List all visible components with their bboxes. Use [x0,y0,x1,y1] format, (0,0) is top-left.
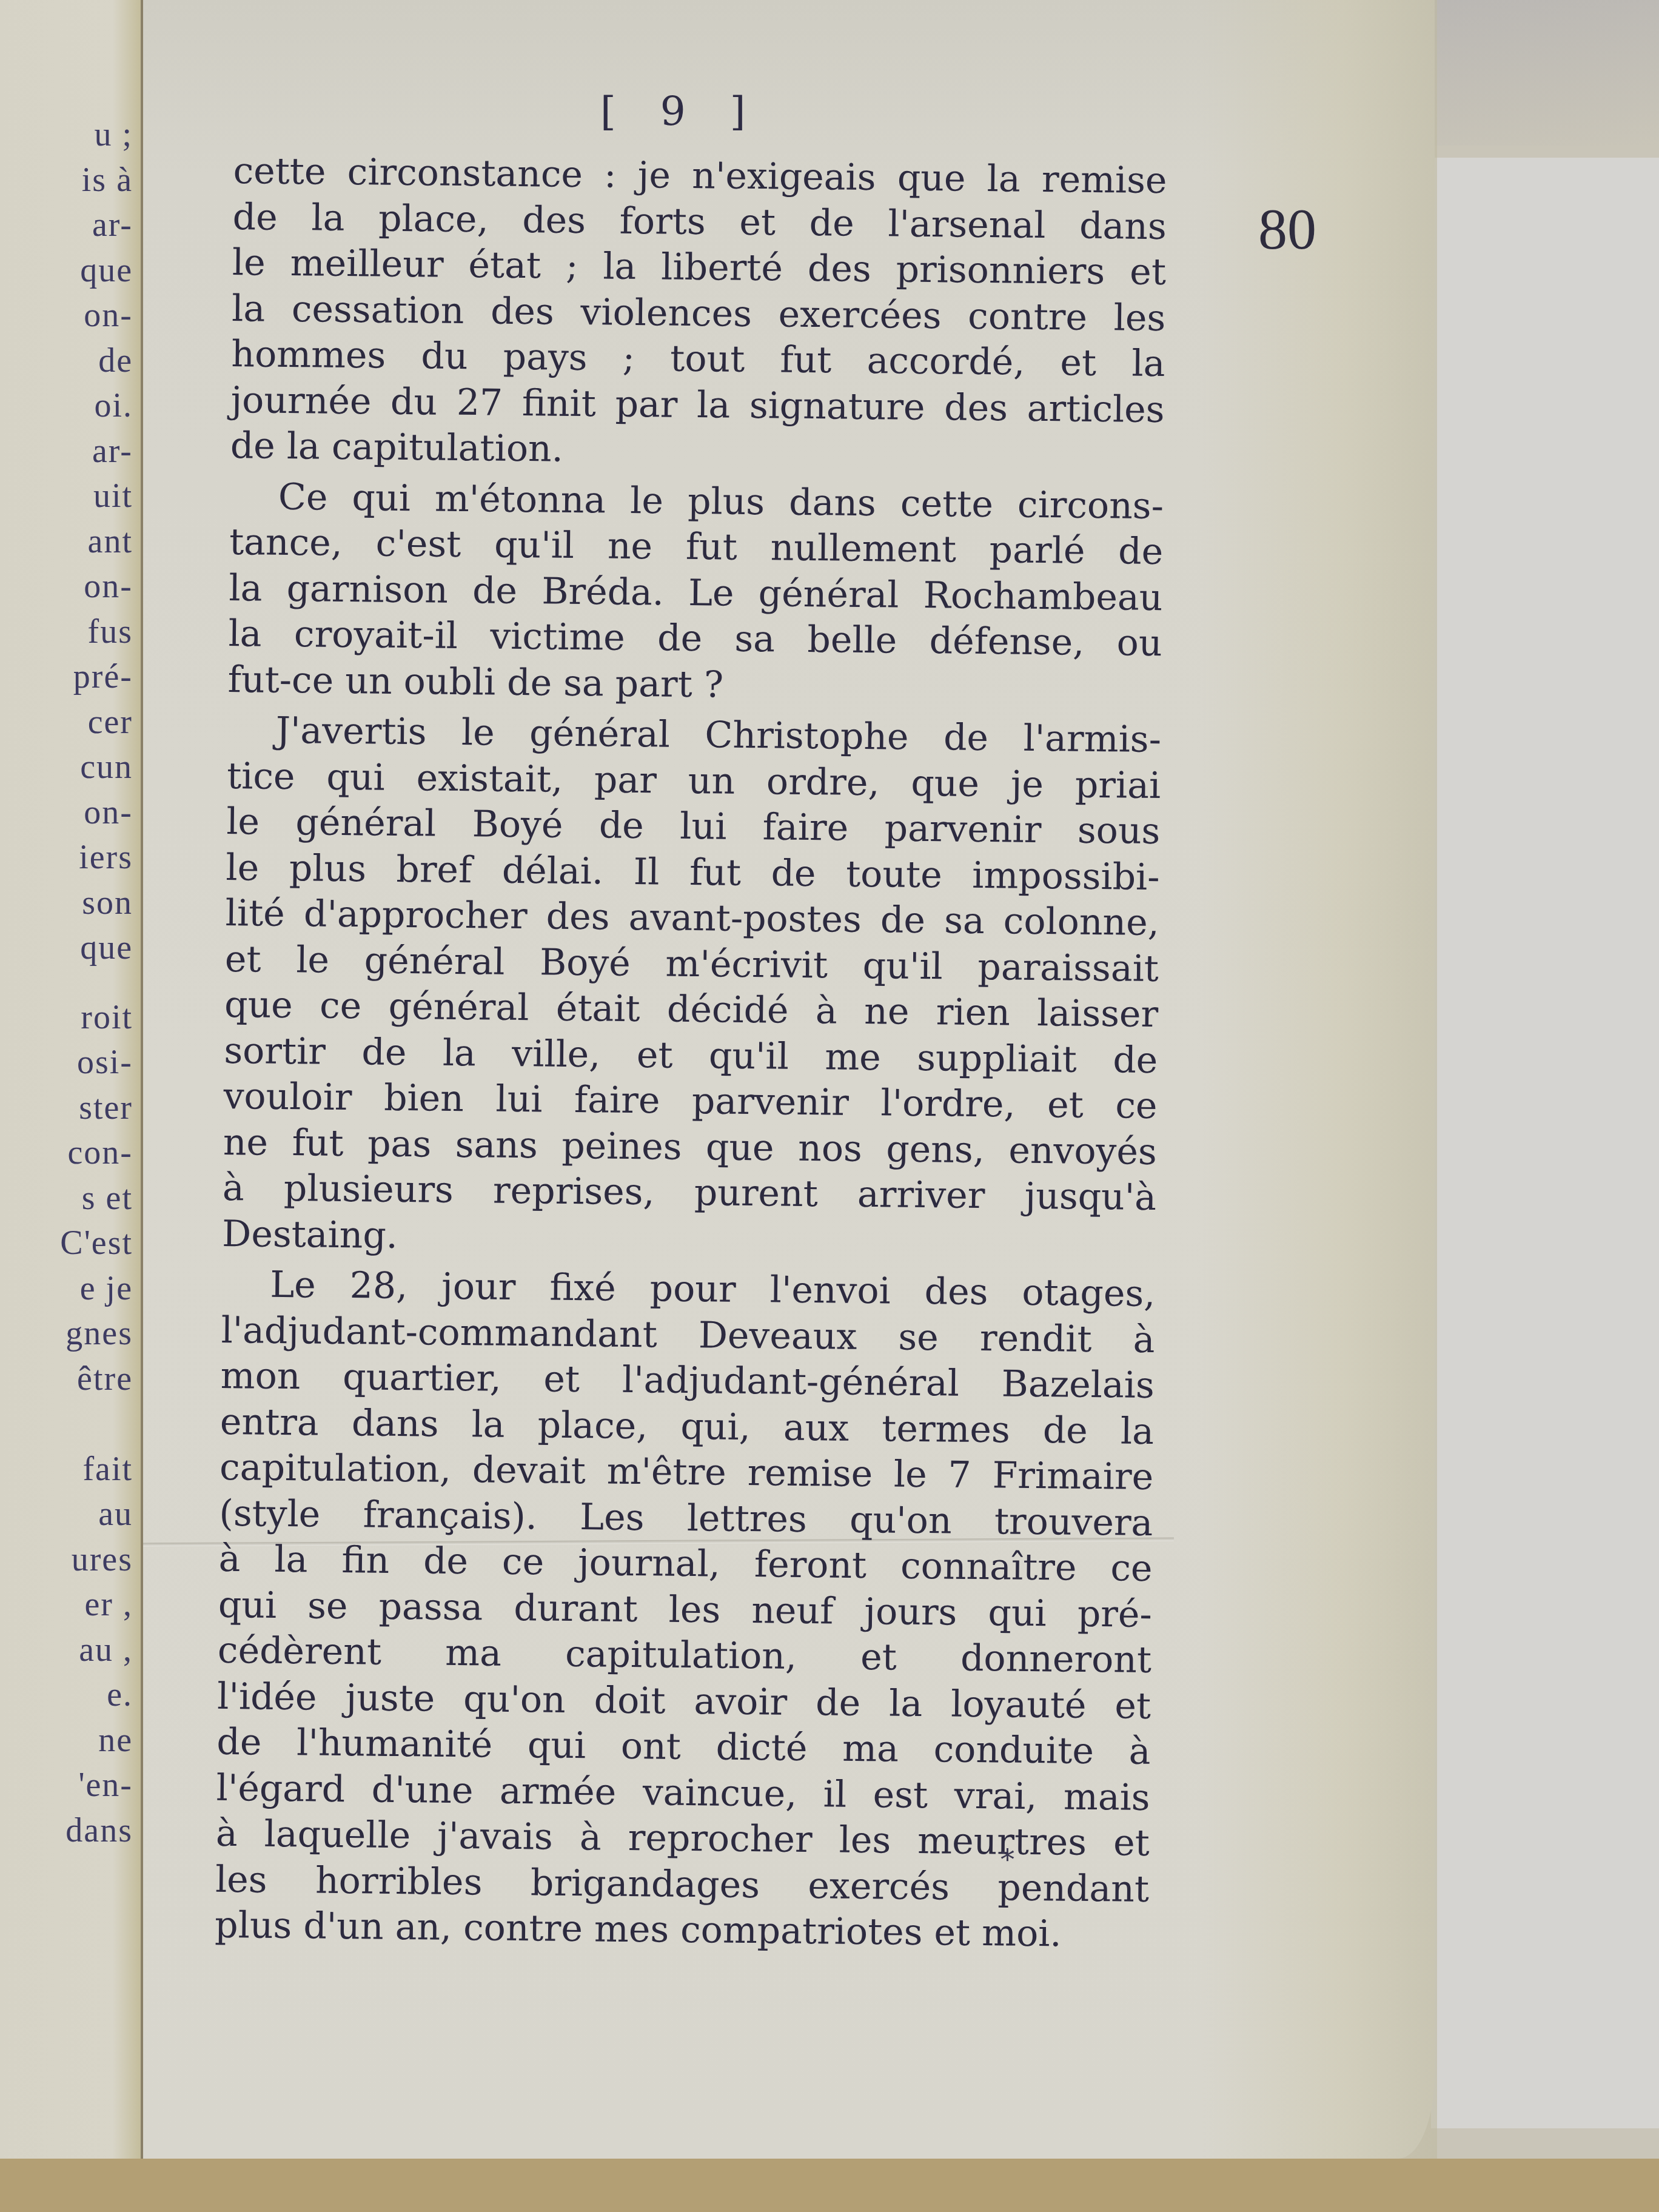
text-line: Destaing. [222,1211,1156,1267]
left-page-line: ne [0,1721,136,1766]
left-page-line: fus [0,612,136,658]
left-page-line: u ; [0,115,136,161]
left-page-line: que [0,251,136,297]
signature-mark: * [1000,1843,1014,1876]
left-page-line: ar- [0,206,136,251]
left-page-line: cun [0,748,136,793]
left-page-line: is à [0,161,136,206]
left-page-line: au , [0,1631,136,1676]
left-page-line: oi. [0,386,136,432]
page-number: [ 9 ] [600,88,761,135]
left-page-line: on- [0,567,136,612]
text-line: plus d'un an, contre mes compatriotes et… [215,1903,1149,1959]
body-text: cette circonstance : je n'exigeais que l… [215,149,1167,1958]
left-page-line: con- [0,1133,136,1179]
left-page-line: on- [0,296,136,341]
left-page-line: son [0,883,136,929]
table-surface [0,2159,1659,2212]
left-page-line: on- [0,793,136,839]
left-page-line: e je [0,1269,136,1315]
left-page-line: iers [0,838,136,883]
left-page-line: au [0,1495,136,1540]
left-page-line: dans [0,1811,136,1857]
left-page-line: roit [0,998,136,1044]
archive-number: 80 [1258,195,1316,263]
left-page-line: ant [0,522,136,568]
left-page-gap [0,974,136,998]
text-line: fut-ce un oubli de sa part ? [227,657,1162,712]
left-page-line: uit [0,477,136,522]
left-facing-page: u ;is àar-queon-deoi.ar-uitanton-fuspré-… [0,0,143,2212]
left-page-text: u ;is àar-queon-deoi.ar-uitanton-fuspré-… [0,115,136,1856]
left-page-line: fait [0,1450,136,1495]
left-page-line: de [0,341,136,387]
torn-page-edge [1201,0,1437,2159]
right-background-sheet [1431,158,1659,2128]
left-page-line: osi- [0,1043,136,1088]
left-page-line: C'est [0,1224,136,1269]
text-line: de la capitulation. [230,423,1164,479]
left-page-line: s et [0,1179,136,1224]
left-page-line: er , [0,1585,136,1631]
left-page-line [0,1404,136,1450]
left-page-line: cer [0,703,136,748]
left-page-line: e. [0,1675,136,1721]
left-page-line: ures [0,1540,136,1586]
left-page-line: que [0,928,136,974]
left-page-line: pré- [0,657,136,703]
left-page-line: être [0,1359,136,1405]
left-page-line: 'en- [0,1766,136,1811]
left-page-line: ster [0,1088,136,1134]
left-page-line: ar- [0,432,136,477]
left-page-line: gnes [0,1314,136,1359]
